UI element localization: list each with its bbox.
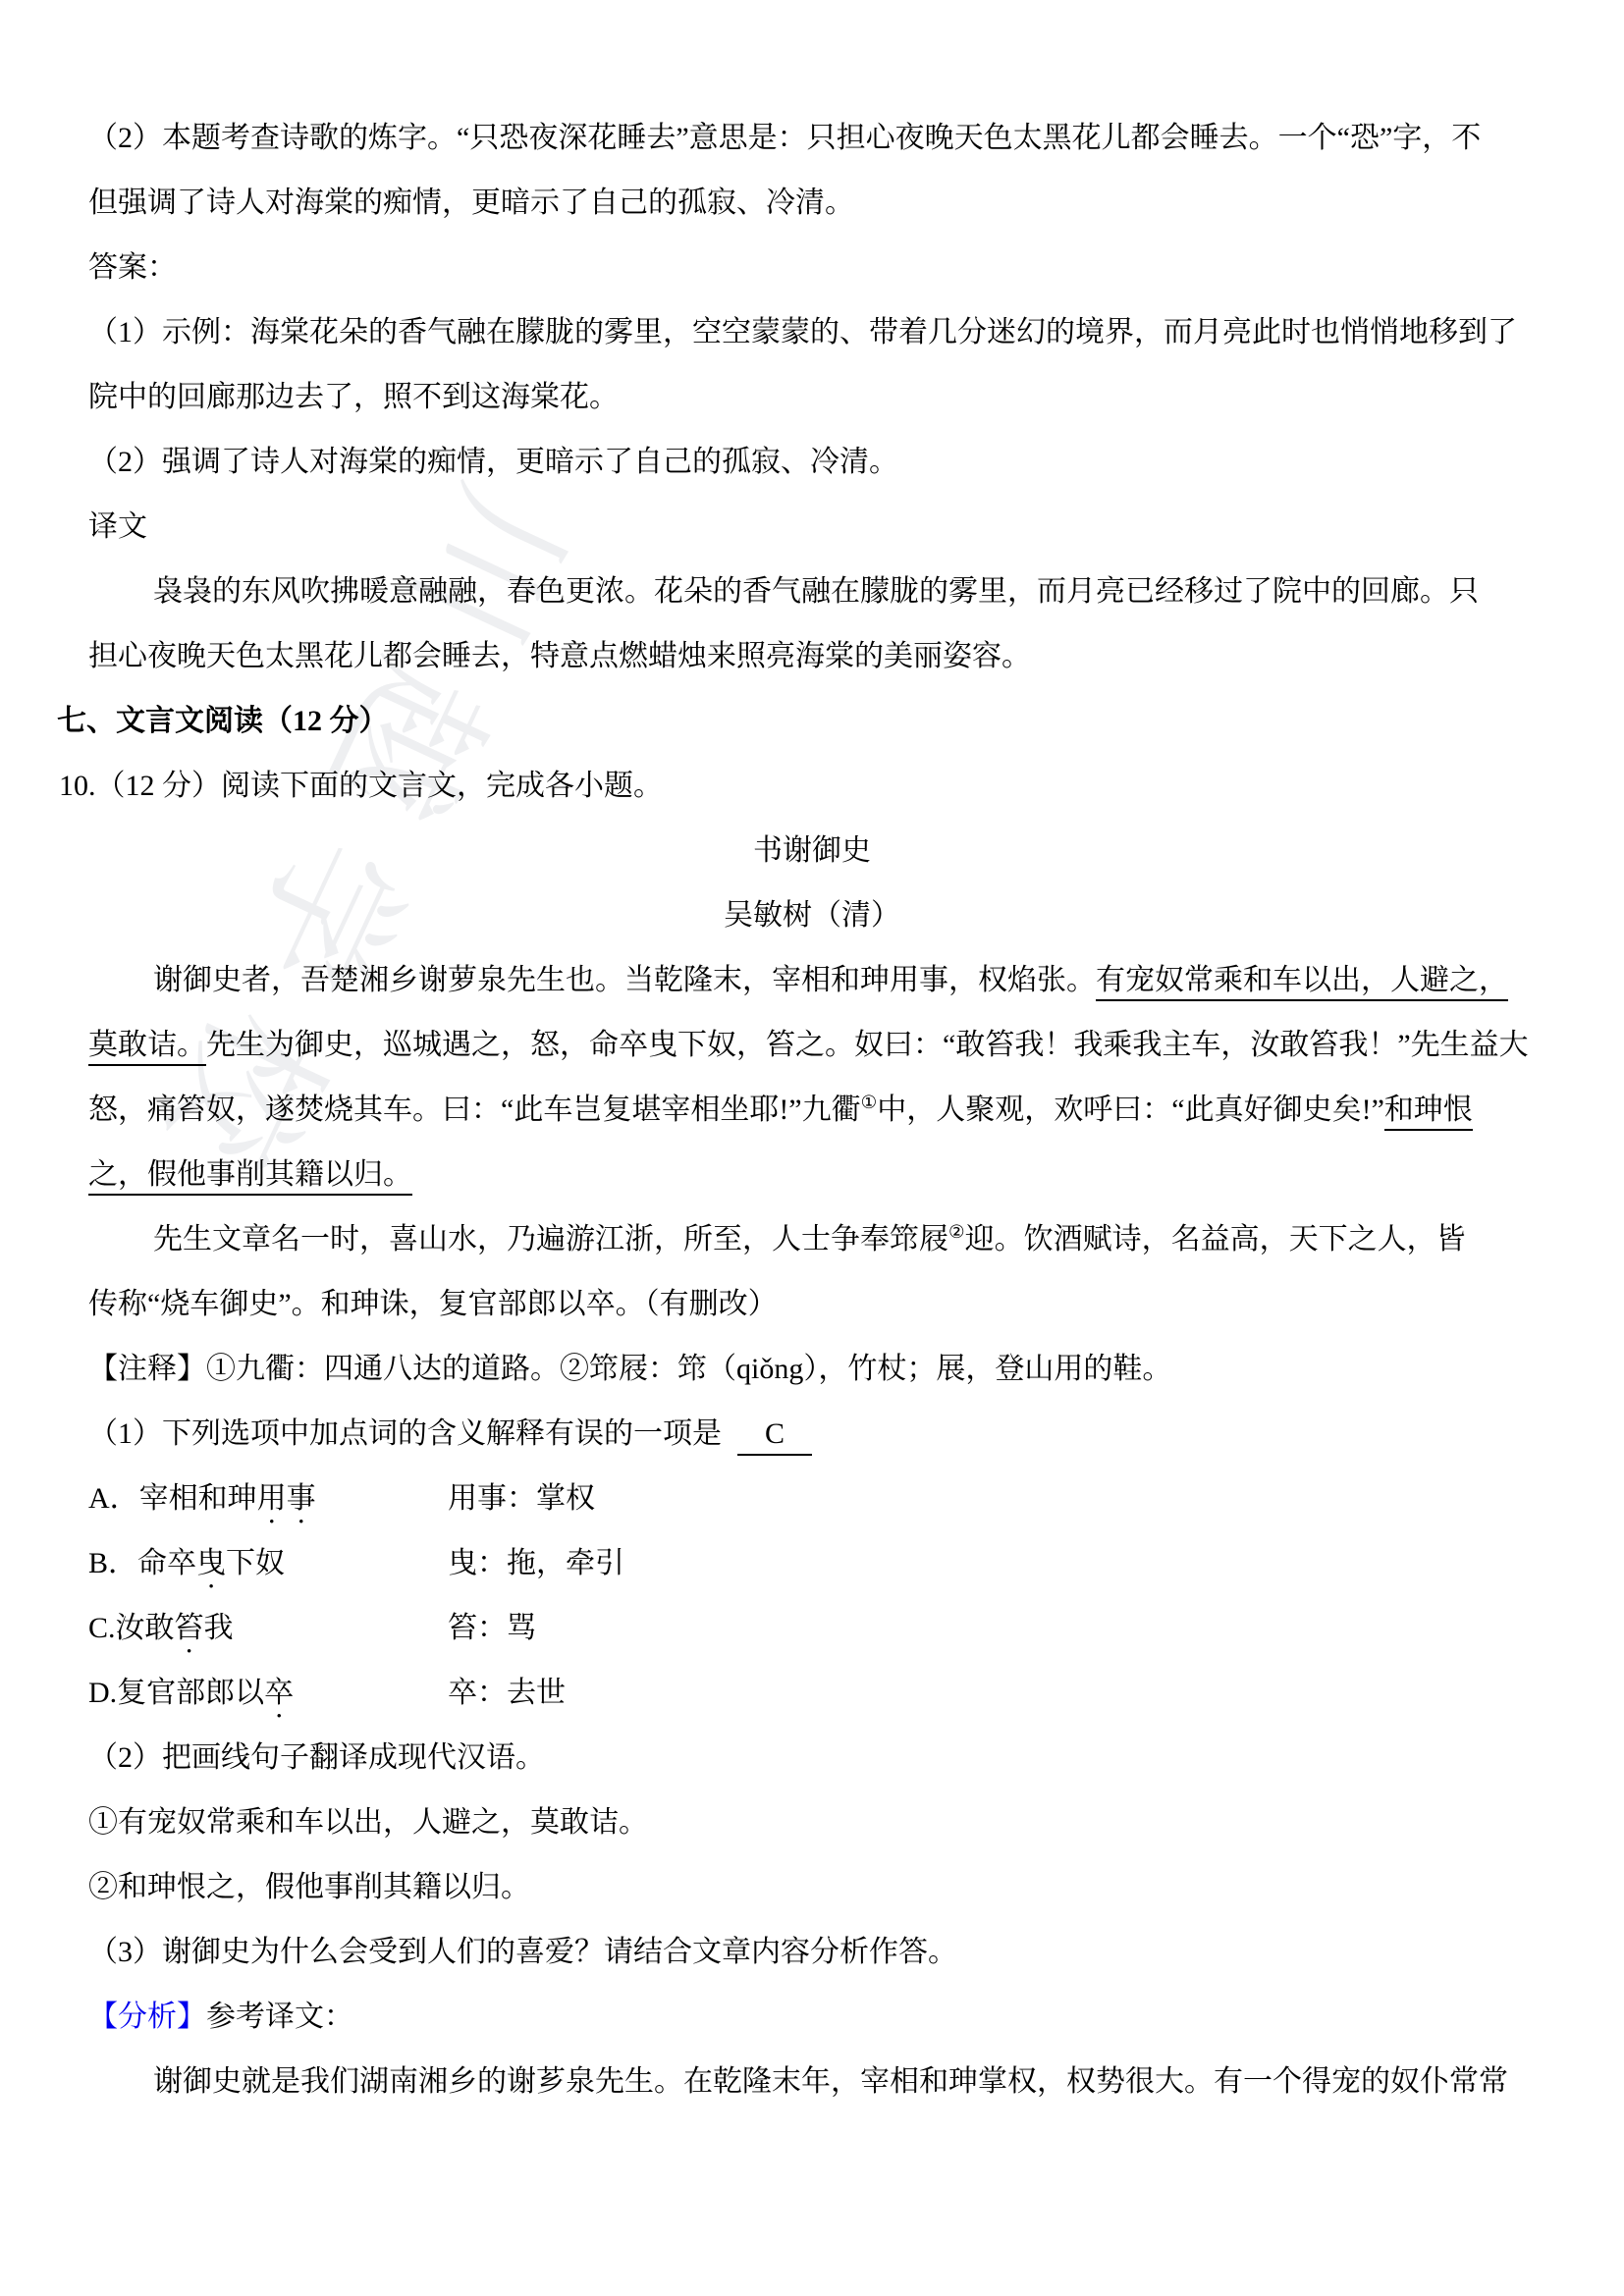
text-run: 先生文章名一时，喜山水，乃遍游江浙，所至，人士争奉筇屐	[153, 1223, 948, 1255]
text-run: 10.（12 分）阅读下面的文言文，完成各小题。	[59, 770, 663, 802]
text-run: 答案：	[88, 251, 177, 284]
doc-line: 怒，痛笞奴，遂焚烧其车。曰：“此车岂复堪宰相坐耶!”九衢①中，人聚观，欢呼曰：“…	[0, 1088, 1624, 1152]
text-run: 传称“烧车御史”。和珅诛，复官部郎以卒。（有删改）	[88, 1288, 778, 1320]
doc-line: 传称“烧车御史”。和珅诛，复官部郎以卒。（有删改）	[0, 1282, 1624, 1347]
doc-line: 谢御史就是我们湖南湘乡的谢芗泉先生。在乾隆末年，宰相和珅掌权，权势很大。有一个得…	[0, 2059, 1624, 2124]
text-run: 曳	[196, 1547, 226, 1579]
text-run: ②和珅恨之，假他事削其籍以归。	[88, 1871, 530, 1903]
text-run: 用事：掌权	[448, 1482, 595, 1515]
doc-line: 译文	[0, 505, 1624, 569]
text-run: 书谢御史	[753, 834, 871, 867]
text-run: 曳：拖，牵引	[448, 1547, 624, 1579]
question-number-line: 10.（12 分）阅读下面的文言文，完成各小题。	[0, 764, 1624, 828]
option-definition: 用事：掌权	[448, 1476, 595, 1522]
doc-line: 担心夜晚天色太黑花儿都会睡去，特意点燃蜡烛来照亮海棠的美丽姿容。	[0, 634, 1624, 699]
text-run: 担心夜晚天色太黑花儿都会睡去，特意点燃蜡烛来照亮海棠的美丽姿容。	[88, 640, 1031, 672]
text-run: 【注释】①九衢：四通八达的道路。②筇屐：筇（qiǒng），竹杖；展，登山用的鞋。	[88, 1353, 1171, 1385]
text-run: 先生为御史，巡城遇之，怒，命卒曳下奴，笞之。奴曰：“敢笞我！我乘我主车，汝敢笞我…	[206, 1029, 1529, 1061]
text-run: D.复官部郎以	[88, 1677, 264, 1709]
section-heading: 七、文言文阅读（12 分）	[0, 699, 1624, 764]
text-run: 下奴	[226, 1547, 285, 1579]
text-run: 院中的回廊那边去了，照不到这海棠花。	[88, 381, 619, 413]
text-run: 中，人聚观，欢呼曰：“此真好御史矣!”	[877, 1094, 1384, 1126]
doc-line: 答案：	[0, 245, 1624, 310]
text-run: 笞：骂	[448, 1612, 536, 1644]
doc-line: ①有宠奴常乘和车以出，人避之，莫敢诘。	[0, 1800, 1624, 1865]
doc-line: （1）示例：海棠花朵的香气融在朦胧的雾里，空空蒙蒙的、带着几分迷幻的境界，而月亮…	[0, 310, 1624, 375]
doc-line: 先生文章名一时，喜山水，乃遍游江浙，所至，人士争奉筇屐②迎。饮酒赋诗，名益高，天…	[0, 1217, 1624, 1282]
text-run: （2）本题考查诗歌的炼字。“只恐夜深花睡去”意思是：只担心夜晚天色太黑花儿都会睡…	[88, 122, 1481, 154]
sub-question-3: （3）谢御史为什么会受到人们的喜爱？请结合文章内容分析作答。	[0, 1930, 1624, 1995]
text-run: 译文	[88, 510, 147, 543]
text-run: （1）示例：海棠花朵的香气融在朦胧的雾里，空空蒙蒙的、带着几分迷幻的境界，而月亮…	[88, 316, 1517, 348]
text-run: 卒：去世	[448, 1677, 566, 1709]
option-definition: 卒：去世	[448, 1671, 566, 1716]
answer-blank: C	[737, 1415, 812, 1456]
doc-line: （2）强调了诗人对海棠的痴情，更暗示了自己的孤寂、冷清。	[0, 440, 1624, 505]
text-run: ①有宠奴常乘和车以出，人避之，莫敢诘。	[88, 1806, 648, 1839]
text-run: 袅袅的东风吹拂暖意融融，春色更浓。花朵的香气融在朦胧的雾里，而月亮已经移过了院中…	[153, 575, 1479, 608]
option-row-d: D.复官部郎以卒卒：去世	[0, 1671, 1624, 1735]
text-run: 谢御史就是我们湖南湘乡的谢芗泉先生。在乾隆末年，宰相和珅掌权，权势很大。有一个得…	[153, 2065, 1508, 2098]
text-run: 迎。饮酒赋诗，名益高，天下之人，皆	[965, 1223, 1466, 1255]
doc-line: 袅袅的东风吹拂暖意融融，春色更浓。花朵的香气融在朦胧的雾里，而月亮已经移过了院中…	[0, 569, 1624, 634]
text-run: ①	[861, 1093, 878, 1113]
text-run: （1）下列选项中加点词的含义解释有误的一项是	[88, 1417, 722, 1450]
text-run: 吴敏树（清）	[724, 899, 900, 932]
option-definition: 曳：拖，牵引	[448, 1541, 624, 1586]
text-run: （3）谢御史为什么会受到人们的喜爱？请结合文章内容分析作答。	[88, 1936, 957, 1968]
doc-line: 院中的回廊那边去了，照不到这海棠花。	[0, 375, 1624, 440]
doc-line: 谢御史者，吾楚湘乡谢萝泉先生也。当乾隆末，宰相和珅用事，权焰张。有宠奴常乘和车以…	[0, 958, 1624, 1023]
doc-line: 但强调了诗人对海棠的痴情，更暗示了自己的孤寂、冷清。	[0, 181, 1624, 245]
analysis-heading-line: 【分析】参考译文：	[0, 1995, 1624, 2059]
sub-question-2: （2）把画线句子翻译成现代汉语。	[0, 1735, 1624, 1800]
doc-line: ②和珅恨之，假他事削其籍以归。	[0, 1865, 1624, 1930]
passage-author: 吴敏树（清）	[0, 893, 1624, 958]
underlined-text-run: 莫敢诘。	[88, 1029, 206, 1066]
text-run: 【分析】	[88, 2001, 206, 2033]
option-definition: 笞：骂	[448, 1606, 536, 1651]
text-run: A．宰相和珅	[88, 1482, 257, 1515]
option-phrase: D.复官部郎以卒	[88, 1671, 448, 1725]
text-run: 七、文言文阅读（12 分）	[57, 705, 389, 737]
option-phrase: A．宰相和珅用事	[88, 1476, 448, 1530]
doc-line: 之，假他事削其籍以归。	[0, 1152, 1624, 1217]
option-row-a: A．宰相和珅用事用事：掌权	[0, 1476, 1624, 1541]
text-run: （2）强调了诗人对海棠的痴情，更暗示了自己的孤寂、冷清。	[88, 446, 898, 478]
doc-line: （2）本题考查诗歌的炼字。“只恐夜深花睡去”意思是：只担心夜晚天色太黑花儿都会睡…	[0, 116, 1624, 181]
underlined-text-run: 有宠奴常乘和车以出，人避之，	[1096, 964, 1508, 1001]
text-run: 参考译文：	[206, 2001, 353, 2033]
document-body: （2）本题考查诗歌的炼字。“只恐夜深花睡去”意思是：只担心夜晚天色太黑花儿都会睡…	[0, 116, 1624, 2124]
option-row-b: B．命卒曳下奴曳：拖，牵引	[0, 1541, 1624, 1606]
text-run: （2）把画线句子翻译成现代汉语。	[88, 1741, 545, 1774]
notes-line: 【注释】①九衢：四通八达的道路。②筇屐：筇（qiǒng），竹杖；展，登山用的鞋。	[0, 1347, 1624, 1412]
option-phrase: C.汝敢笞我	[88, 1606, 448, 1660]
document-page: { "page": { "background": "#ffffff", "te…	[0, 0, 1624, 2296]
text-run: 我	[204, 1612, 234, 1644]
underlined-text-run: 之，假他事削其籍以归。	[88, 1158, 412, 1196]
sub-question-1: （1）下列选项中加点词的含义解释有误的一项是C	[0, 1412, 1624, 1476]
option-row-c: C.汝敢笞我笞：骂	[0, 1606, 1624, 1671]
text-run: 怒，痛笞奴，遂焚烧其车。曰：“此车岂复堪宰相坐耶!”九衢	[88, 1094, 861, 1126]
text-run: C.汝敢	[88, 1612, 175, 1644]
text-run: 但强调了诗人对海棠的痴情，更暗示了自己的孤寂、冷清。	[88, 187, 854, 219]
doc-line: 莫敢诘。先生为御史，巡城遇之，怒，命卒曳下奴，笞之。奴曰：“敢笞我！我乘我主车，…	[0, 1023, 1624, 1088]
text-run: ②	[948, 1222, 965, 1243]
option-phrase: B．命卒曳下奴	[88, 1541, 448, 1595]
text-run: 笞	[175, 1612, 204, 1644]
text-run: 卒	[264, 1677, 294, 1709]
underlined-text-run: 和珅恨	[1384, 1094, 1473, 1131]
passage-title: 书谢御史	[0, 828, 1624, 893]
text-run: B．命卒	[88, 1547, 196, 1579]
text-run: 用事	[257, 1482, 316, 1515]
text-run: 谢御史者，吾楚湘乡谢萝泉先生也。当乾隆末，宰相和珅用事，权焰张。	[153, 964, 1096, 996]
